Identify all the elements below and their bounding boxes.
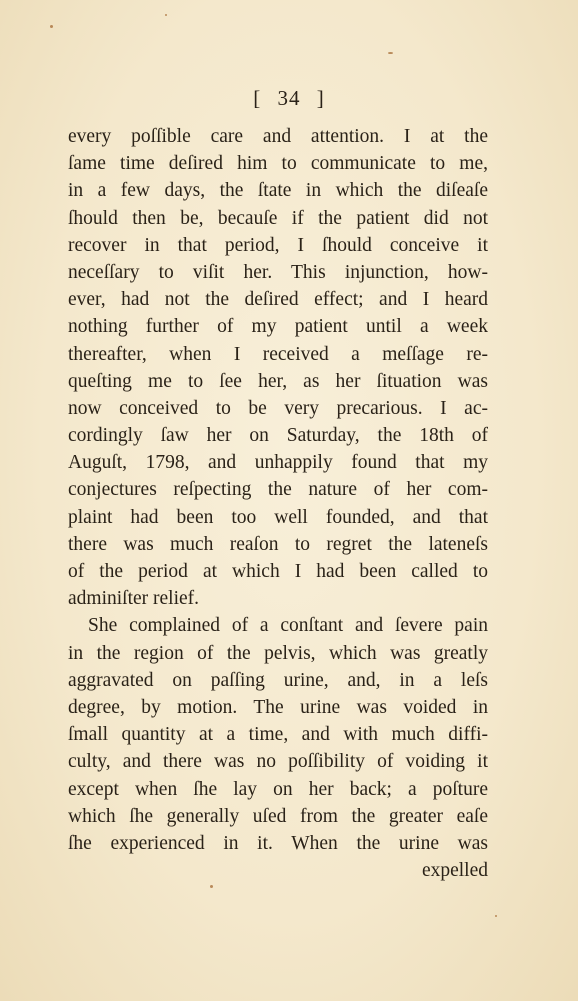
paper-speck	[210, 885, 213, 888]
page-number-header: [ 34 ]	[0, 86, 578, 111]
text-line: in the region of the pelvis, which was g…	[68, 640, 488, 667]
text-line: thereafter, when I received a meſſage re…	[68, 341, 488, 368]
text-line: plaint had been too well founded, and th…	[68, 504, 488, 531]
paragraph-2: She complained of a conſtant and ſevere …	[68, 612, 488, 857]
paper-speck	[388, 52, 393, 54]
text-line: ſmall quantity at a time, and with much …	[68, 721, 488, 748]
text-line: except when ſhe lay on her back; a poſtu…	[68, 776, 488, 803]
text-line: now conceived to be very precarious. I a…	[68, 395, 488, 422]
text-line: ſhould then be, becauſe if the patient d…	[68, 205, 488, 232]
text-line: queſting me to ſee her, as her ſituation…	[68, 368, 488, 395]
paper-speck	[50, 25, 53, 28]
text-line: ſhe experienced in it. When the urine wa…	[68, 830, 488, 857]
text-line: every poſſible care and attention. I at …	[68, 123, 488, 150]
text-line: ſame time deſired him to communicate to …	[68, 150, 488, 177]
book-page: [ 34 ] every poſſible care and attention…	[0, 0, 578, 1001]
text-line: culty, and there was no poſſibility of v…	[68, 748, 488, 775]
text-line: nothing further of my patient until a we…	[68, 313, 488, 340]
text-line: neceſſary to viſit her. This injunction,…	[68, 259, 488, 286]
body-text: every poſſible care and attention. I at …	[68, 123, 488, 884]
text-line: aggravated on paſſing urine, and, in a l…	[68, 667, 488, 694]
text-line: there was much reaſon to regret the late…	[68, 531, 488, 558]
paper-speck	[495, 915, 497, 917]
text-line: She complained of a conſtant and ſevere …	[68, 612, 488, 639]
text-line: cordingly ſaw her on Saturday, the 18th …	[68, 422, 488, 449]
text-line: conjectures reſpecting the nature of her…	[68, 476, 488, 503]
paper-speck	[165, 14, 167, 16]
text-line: recover in that period, I ſhould conceiv…	[68, 232, 488, 259]
paragraph-1: every poſſible care and attention. I at …	[68, 123, 488, 612]
text-line: adminiſter relief.	[68, 585, 488, 612]
text-line: ever, had not the deſired effect; and I …	[68, 286, 488, 313]
text-line: Auguſt, 1798, and unhappily found that m…	[68, 449, 488, 476]
text-line: of the period at which I had been called…	[68, 558, 488, 585]
text-line: in a few days, the ſtate in which the di…	[68, 177, 488, 204]
text-line: which ſhe generally uſed from the greate…	[68, 803, 488, 830]
text-line: degree, by motion. The urine was voided …	[68, 694, 488, 721]
catchword: expelled	[68, 857, 488, 884]
